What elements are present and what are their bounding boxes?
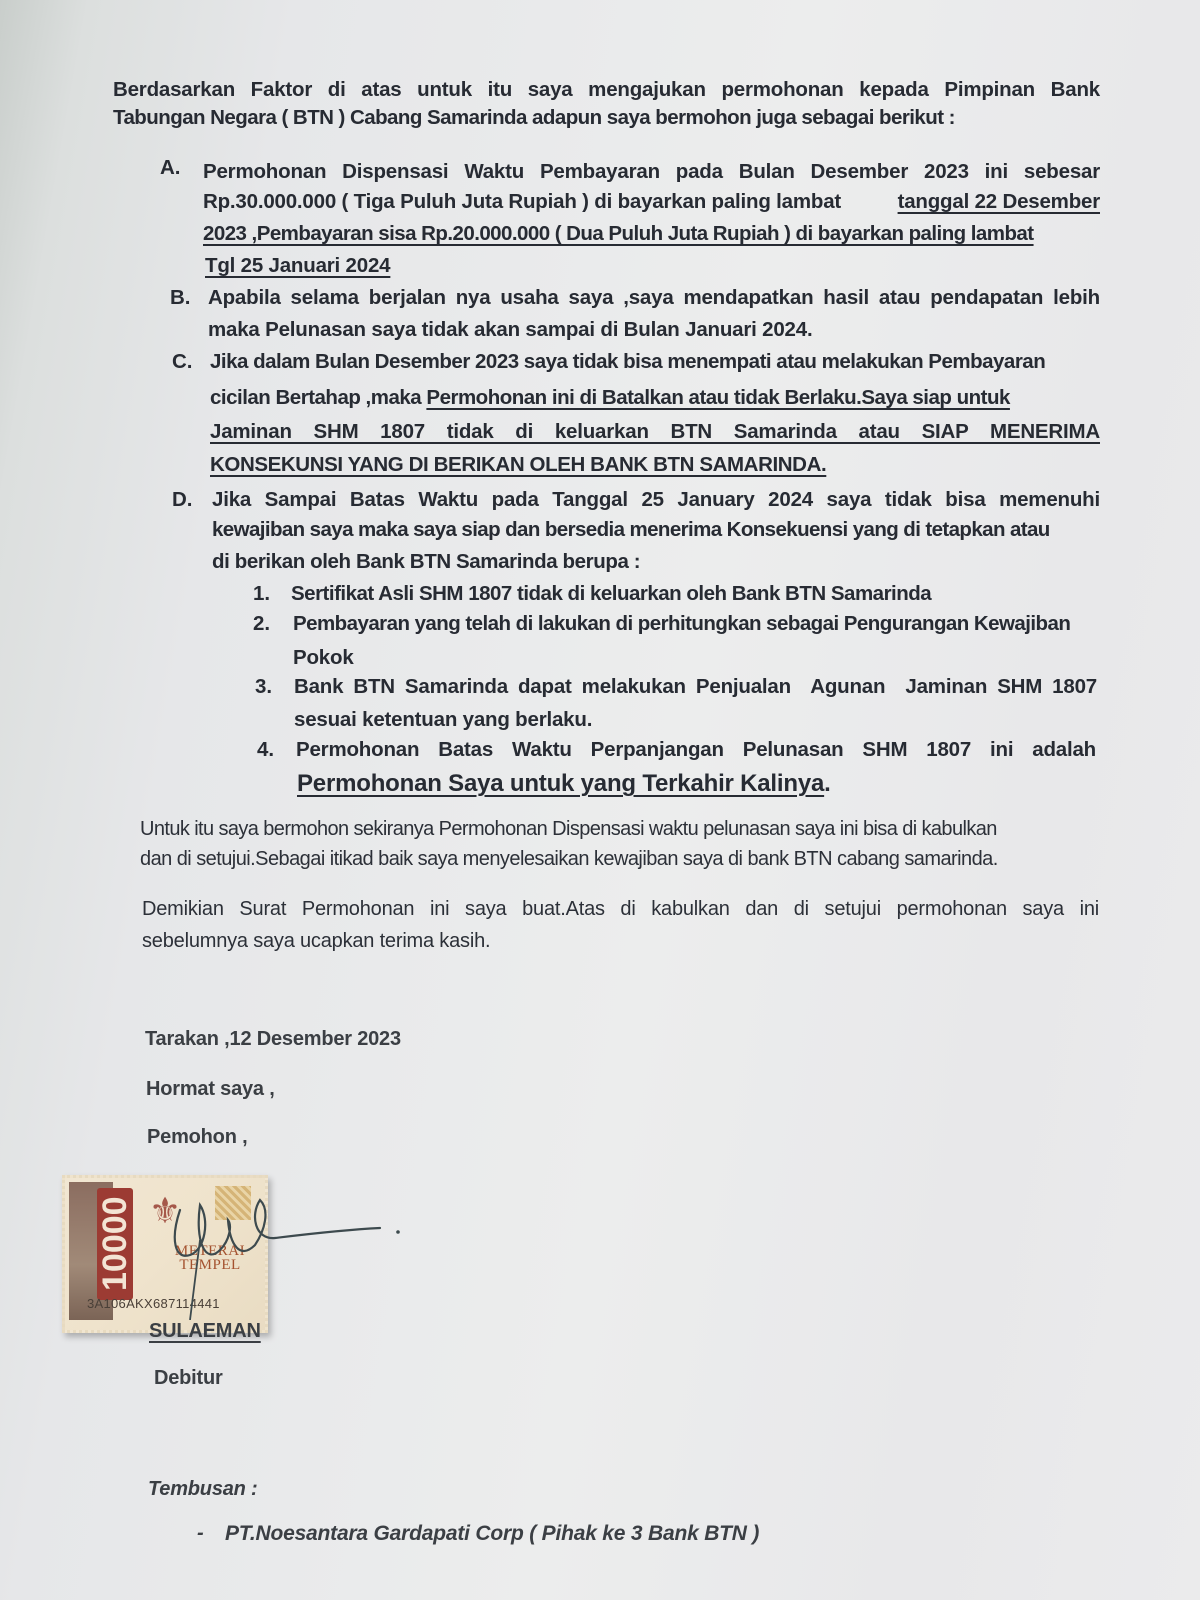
point-d-marker: D.: [172, 488, 193, 512]
place-date: Tarakan ,12 Desember 2023: [145, 1028, 401, 1051]
point-a-line-1: Permohonan Dispensasi Waktu Pembayaran p…: [203, 160, 1100, 184]
point-c-line-3: Jaminan SHM 1807 tidak di keluarkan BTN …: [210, 420, 1100, 444]
closing-p2-line-2: sebelumnya saya ucapkan terima kasih.: [142, 930, 490, 953]
sub-1-marker: 1.: [253, 582, 270, 606]
sub-1-line-1: Sertifikat Asli SHM 1807 tidak di keluar…: [291, 582, 931, 606]
point-d-line-2: kewajiban saya maka saya siap dan bersed…: [212, 518, 1050, 542]
sub-3-marker: 3.: [255, 675, 272, 699]
intro-line-1: Berdasarkan Faktor di atas untuk itu say…: [113, 78, 1100, 102]
point-a-line-2-text: Rp.30.000.000 ( Tiga Puluh Juta Rupiah )…: [203, 190, 847, 214]
final-request-emphasis: Permohonan Saya untuk yang Terkahir Kali…: [297, 770, 824, 797]
point-a-deadline-2: Tgl 25 Januari 2024: [205, 254, 390, 278]
final-request-period: .: [824, 770, 830, 797]
point-c-line-1: Jika dalam Bulan Desember 2023 saya tida…: [210, 350, 1045, 374]
point-a-marker: A.: [160, 156, 181, 180]
sub-3-line-2: sesuai ketentuan yang berlaku.: [294, 708, 592, 732]
sub-2-line-1: Pembayaran yang telah di lakukan di perh…: [293, 612, 1070, 636]
sub-2-line-2: Pokok: [293, 646, 354, 670]
point-c-cancel-clause: Permohonan ini di Batalkan atau tidak Be…: [426, 386, 1010, 409]
point-c-line-2-text: cicilan Bertahap ,maka: [210, 386, 426, 409]
closing-p1-line-2: dan di setujui.Sebagai itikad baik saya …: [140, 848, 998, 871]
point-a-line-3: 2023 ,Pembayaran sisa Rp.20.000.000 ( Du…: [203, 222, 1034, 246]
point-d-line-1: Jika Sampai Batas Waktu pada Tanggal 25 …: [212, 488, 1100, 512]
sub-4-marker: 4.: [257, 738, 274, 762]
cc-item-1: PT.Noesantara Gardapati Corp ( Pihak ke …: [225, 1522, 759, 1546]
cc-label: Tembusan :: [148, 1478, 258, 1501]
signature-icon: [160, 1180, 420, 1320]
sub-4-line-1: Permohonan Batas Waktu Perpanjangan Pelu…: [296, 738, 1096, 762]
point-c-line-4: KONSEKUNSI YANG DI BERIKAN OLEH BANK BTN…: [210, 453, 826, 477]
point-d-line-3: di berikan oleh Bank BTN Samarinda berup…: [212, 550, 640, 574]
point-a-deadline-1: tanggal 22 Desember: [898, 190, 1100, 214]
signer-name: SULAEMAN: [149, 1320, 261, 1343]
role-label: Pemohon ,: [147, 1126, 247, 1149]
greeting: Hormat saya ,: [146, 1078, 275, 1101]
point-b-marker: B.: [170, 286, 191, 310]
point-a-line-2: Rp.30.000.000 ( Tiga Puluh Juta Rupiah )…: [203, 190, 1100, 214]
sub-3-line-1: Bank BTN Samarinda dapat melakukan Penju…: [294, 675, 1097, 699]
closing-p2-line-1: Demikian Surat Permohonan ini saya buat.…: [142, 898, 1099, 921]
point-b-line-1: Apabila selama berjalan nya usaha saya ,…: [208, 286, 1100, 310]
signer-role: Debitur: [154, 1367, 223, 1390]
stamp-value: 10000: [97, 1188, 133, 1300]
point-c-marker: C.: [172, 350, 193, 374]
closing-p1-line-1: Untuk itu saya bermohon sekiranya Permoh…: [140, 818, 997, 841]
intro-line-2: Tabungan Negara ( BTN ) Cabang Samarinda…: [113, 106, 955, 130]
point-c-line-2: cicilan Bertahap ,maka Permohonan ini di…: [210, 386, 1010, 410]
sub-2-marker: 2.: [253, 612, 270, 636]
letter-page: Berdasarkan Faktor di atas untuk itu say…: [0, 0, 1200, 1600]
cc-item-bullet: -: [197, 1522, 203, 1545]
point-b-line-2: maka Pelunasan saya tidak akan sampai di…: [208, 318, 812, 342]
sub-4-line-2: Permohonan Saya untuk yang Terkahir Kali…: [297, 770, 831, 798]
